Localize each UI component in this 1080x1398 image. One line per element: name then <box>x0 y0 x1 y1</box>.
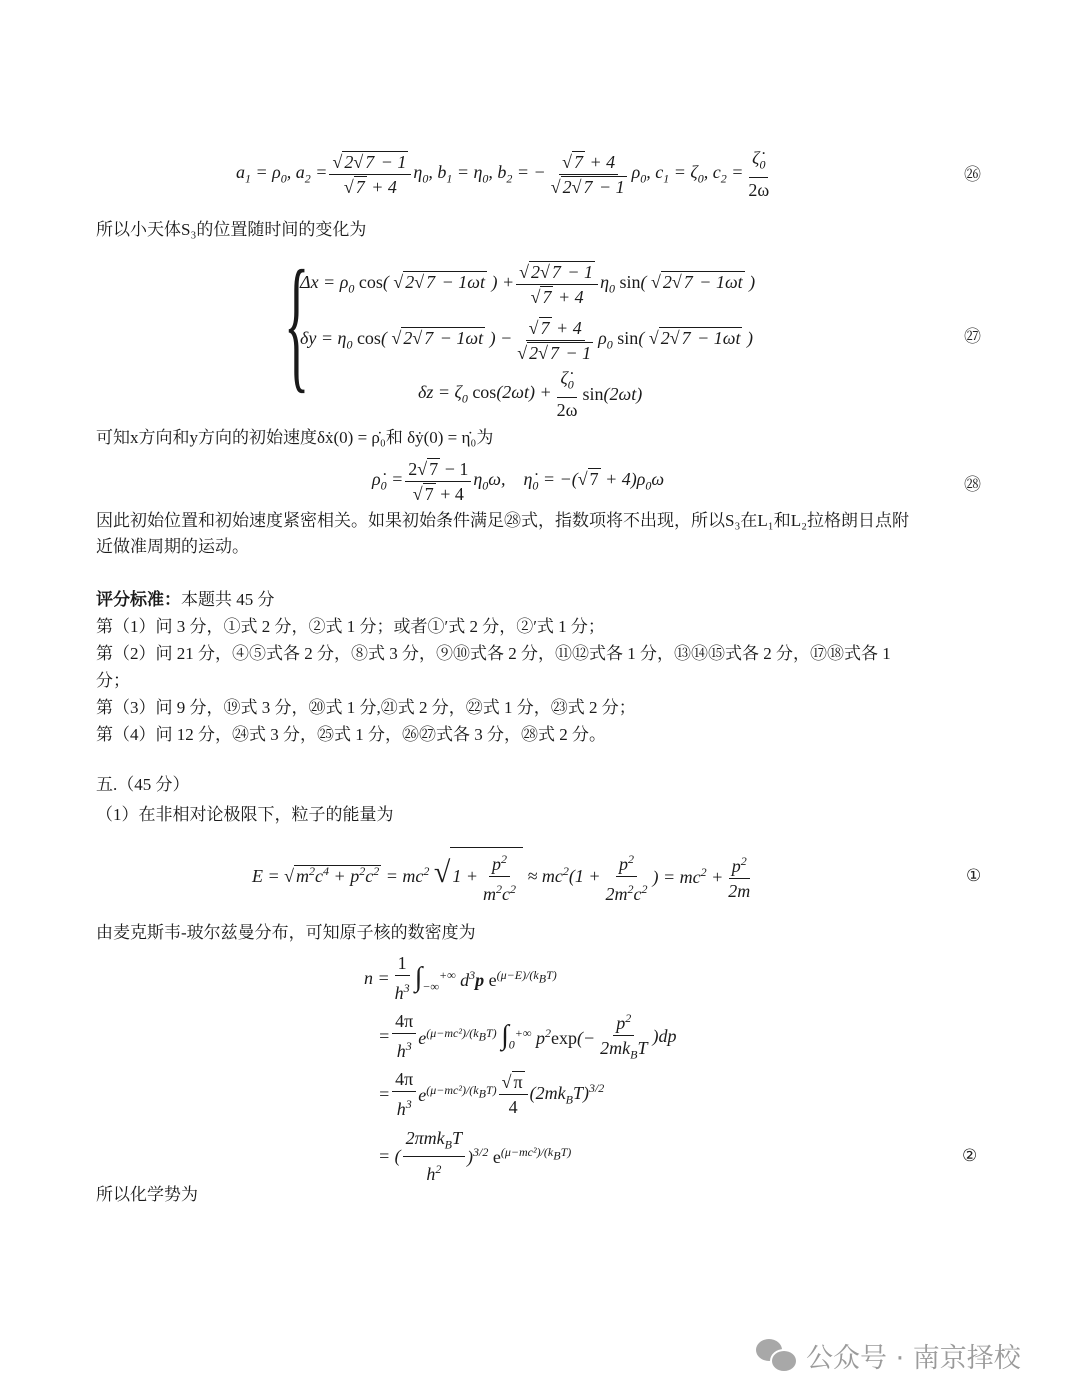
equation-2-line-4: = ( 2πmkBTh2 )3/2 e(μ−mc²)/(kBT) <box>378 1126 571 1186</box>
equation-27-line-1: Δx = ρ0 cos( 27 − 1ωt ) + 27 − 17 + 4 η0… <box>300 256 755 312</box>
equation-28: ρ̇0 = 27 − 17 + 4 η0ω, η̇0 = −(7 + 4)ρ0ω <box>372 453 664 509</box>
scoring-line-2-cont: 分； <box>96 668 130 694</box>
scoring-line-1: 第（1）问 3 分，①式 2 分，②式 1 分；或者①′式 2 分，②′式 1 … <box>96 614 605 640</box>
equation-26: a1 = ρ0, a2 = 27 − 17 + 4 η0, b1 = η0, b… <box>236 146 774 202</box>
scoring-title: 评分标准： <box>96 590 181 609</box>
scoring-total: 本题共 45 分 <box>181 590 275 609</box>
paragraph-maxwell-boltzmann: 由麦克斯韦-玻尔兹曼分布，可知原子核的数密度为 <box>96 920 476 946</box>
paragraph-conclusion-line-1: 因此初始位置和初始速度紧密相关。如果初始条件满足㉘式，指数项将不出现，所以S₃在… <box>96 508 909 534</box>
paragraph-conclusion-line-2: 近做准周期的运动。 <box>96 534 249 560</box>
equation-2-line-3: = 4πh3 e(μ−mc²)/(kBT) π4 (2mkBT)3/2 <box>378 1066 604 1122</box>
equation-27-line-2: δy = η0 cos( 27 − 1ωt ) − 7 + 427 − 1 ρ0… <box>300 312 753 368</box>
wechat-icon <box>756 1339 796 1373</box>
paragraph-chemical-potential: 所以化学势为 <box>96 1182 198 1208</box>
equation-1: E = m2c4 + p2c2 = mc2 1 + p2m2c2 ≈ mc2(1… <box>252 846 755 906</box>
scoring-line-4: 第（4）问 12 分，㉔式 3 分，㉕式 1 分，㉖㉗式各 3 分，㉘式 2 分… <box>96 722 606 748</box>
paragraph-s3-intro: 所以小天体S₃的位置随时间的变化为 <box>96 217 366 243</box>
equation-2-line-1: n = 1h3 ∫−∞+∞ d3p e(μ−E)/(kBT) <box>364 950 557 1006</box>
equation-27-line-3: δz = ζ0 cos(2ωt) + ζ̇02ω sin(2ωt) <box>418 368 642 420</box>
equation-label-27: ㉗ <box>964 322 981 347</box>
scoring-line-2: 第（2）问 21 分，④⑤式各 2 分，⑧式 3 分，⑨⑩式各 2 分，⑪⑫式各… <box>96 641 891 667</box>
equation-label-2: ② <box>962 1146 977 1166</box>
equation-label-28: ㉘ <box>964 470 981 495</box>
section-5-heading: 五.（45 分） <box>96 772 190 798</box>
equation-2-line-2: = 4πh3 e(μ−mc²)/(kBT) ∫0+∞ p2exp(− p22mk… <box>378 1008 676 1064</box>
watermark: 公众号 · 南京择校 <box>756 1336 1021 1375</box>
scoring-heading: 评分标准：本题共 45 分 <box>96 587 275 613</box>
scoring-line-3: 第（3）问 9 分，⑲式 3 分，⑳式 1 分,㉑式 2 分，㉒式 1 分，㉓式… <box>96 695 636 721</box>
equation-label-26: ㉖ <box>964 160 981 185</box>
paragraph-initial-velocity: 可知x方向和y方向的初始速度δẋ(0) = ρ̇₀和 δẏ(0) = η̇₀为 <box>96 425 493 451</box>
section-5-part-1-intro: （1）在非相对论极限下，粒子的能量为 <box>96 802 394 828</box>
equation-label-1: ① <box>966 866 981 886</box>
watermark-text: 公众号 · 南京择校 <box>806 1336 1021 1375</box>
